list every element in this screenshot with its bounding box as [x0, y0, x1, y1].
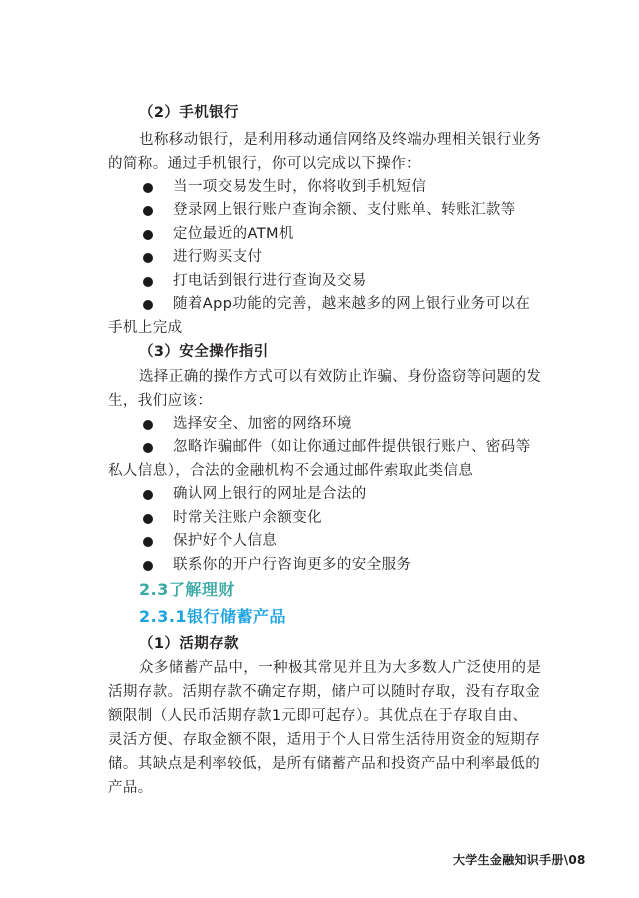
page-footer: 大学生金融知识手册\08: [453, 851, 586, 868]
list-item: 进行购买支付: [173, 247, 262, 267]
heading-demand-deposit: （1）活期存款: [139, 634, 239, 654]
list-item: 当一项交易发生时，你将收到手机短信: [173, 177, 426, 197]
list-item: 联系你的开户行咨询更多的安全服务: [173, 555, 411, 575]
paragraph-line: 额限制（人民币活期存款1元即可起存）。其优点在于存取自由、: [108, 706, 528, 726]
bullet-icon: [143, 183, 153, 193]
list-item: 打电话到银行进行查询及交易: [173, 271, 367, 291]
paragraph-line: 生，我们应该：: [108, 391, 212, 411]
paragraph-line: 也称移动银行，是利用移动通信网络及终端办理相关银行业务: [139, 130, 541, 150]
list-item-continuation: 私人信息），合法的金融机构不会通过邮件索取此类信息: [108, 461, 473, 481]
bullet-icon: [143, 253, 153, 263]
bullet-icon: [143, 514, 153, 524]
list-item: 定位最近的ATM机: [173, 224, 294, 244]
bullet-icon: [143, 537, 153, 547]
bullet-icon: [143, 490, 153, 500]
paragraph-line: 产品。: [108, 778, 153, 798]
bullet-icon: [143, 561, 153, 571]
bullet-icon: [143, 300, 153, 310]
list-item: 保护好个人信息: [173, 531, 277, 551]
heading-security-guide: （3）安全操作指引: [139, 342, 269, 362]
list-item: 登录网上银行账户查询余额、支付账单、转账汇款等: [173, 200, 516, 220]
bullet-icon: [143, 420, 153, 430]
bullet-icon: [143, 443, 153, 453]
paragraph-line: 众多储蓄产品中，一种极其常见并且为大多数人广泛使用的是: [139, 658, 541, 678]
list-item: 时常关注账户余额变化: [173, 508, 322, 528]
paragraph-line: 储。其缺点是利率较低，是所有储蓄产品和投资产品中利率最低的: [108, 754, 540, 774]
bullet-icon: [143, 206, 153, 216]
heading-mobile-banking: （2）手机银行: [139, 103, 239, 123]
paragraph-line: 灵活方便、存取金额不限，适用于个人日常生活待用资金的短期存: [108, 730, 540, 750]
section-heading-2-3: 2.3了解理财: [139, 580, 235, 600]
paragraph-line: 选择正确的操作方式可以有效防止诈骗、身份盗窃等问题的发: [139, 367, 541, 387]
bullet-icon: [143, 277, 153, 287]
list-item: 忽略诈骗邮件（如让你通过邮件提供银行账户、密码等: [173, 437, 531, 457]
document-page: （2）手机银行 也称移动银行，是利用移动通信网络及终端办理相关银行业务 的简称。…: [0, 0, 639, 898]
list-item: 随着App功能的完善，越来越多的网上银行业务可以在: [173, 294, 530, 314]
paragraph-line: 活期存款。活期存款不确定存期，储户可以随时存取，没有存取金: [108, 682, 540, 702]
list-item: 选择安全、加密的网络环境: [173, 414, 352, 434]
bullet-icon: [143, 230, 153, 240]
paragraph-line: 的简称。通过手机银行，你可以完成以下操作：: [108, 154, 421, 174]
list-item: 确认网上银行的网址是合法的: [173, 484, 367, 504]
list-item-continuation: 手机上完成: [108, 318, 183, 338]
section-heading-2-3-1: 2.3.1银行储蓄产品: [139, 607, 286, 627]
